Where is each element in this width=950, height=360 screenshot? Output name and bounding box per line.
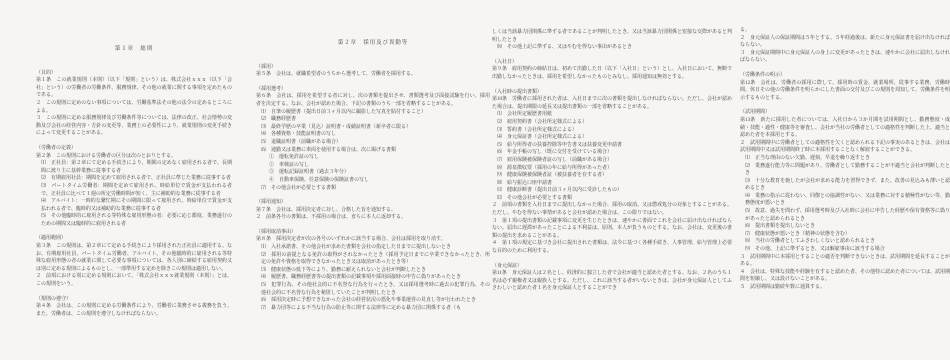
chapter-title: 第１章 総則 bbox=[36, 46, 232, 54]
doc-line: 第12条 会社は、労働者の採用に際して、採用時の賃金、就業場所、従事する業務、労… bbox=[740, 80, 950, 103]
doc-line: ① 運転免許証の写し bbox=[256, 154, 490, 162]
doc-line: 第10条 労働者に採用された者は、入社日までに次の書類を提出しなければならない。… bbox=[492, 96, 732, 111]
doc-line: ３ 試用期間中に本採用とすることの適否を判断できないときは、試用期間を延長するこ… bbox=[740, 254, 950, 269]
doc-line: ⑵ 採用の前提となる免許の取得がされなかったとき（採用予定日までに卒業できなかっ… bbox=[256, 252, 490, 267]
doc-line: 第９条 雇用契約の締結日は、初めて出勤した日（以下「入社日」という）とし、入社日… bbox=[492, 66, 732, 81]
chapter-title: 第２章 採用及び異動等 bbox=[256, 40, 490, 48]
doc-line: ⑵ 雇用契約書（会社所定様式による） bbox=[492, 119, 732, 127]
doc-line: ⑿ その他会社が必要とする書類 bbox=[492, 195, 732, 203]
doc-line: ２ 前項の書類を入社日までに提出しなかった場合、採用の取消、又は懲戒処分の対象と… bbox=[492, 202, 732, 217]
doc-line: ４ 会社は、特殊な技能や経験を有すると認めた者、その他特に認めた者については、試… bbox=[740, 269, 950, 284]
doc-line: ⑽ 給与振込口座申請書 bbox=[492, 180, 732, 188]
doc-line: ⑷ 身元保証書（会社所定様式による） bbox=[492, 134, 732, 142]
doc-line: ⑶ パートタイム労働者：期間を定めて雇用され、時給単位で賃金が支払われる者で、正… bbox=[36, 183, 232, 198]
doc-line: ⑷ 履歴書、職務経歴書等の提出書類の記載事項や採用面接時の申告に偽りがあったとき bbox=[256, 274, 490, 282]
doc-line: しくは当該暴力団関係に準ずる者であることが判明したとき、又は当該暴力団関係と密接… bbox=[492, 29, 732, 44]
document-page-3: しくは当該暴力団関係に準ずる者であることが判明したとき、又は当該暴力団関係と密接… bbox=[492, 29, 732, 293]
doc-line: ⑸ 犯罪行為、その他社会的に不名誉な行為を行ったとき、又は採用選考時に過去の犯罪… bbox=[256, 282, 490, 297]
doc-line: 第１条 この就業規則（本則）（以下「規則」という）は、株式会社ｘｘｘ（以下「会社… bbox=[36, 77, 232, 100]
doc-line: ⑸ 給与所得者の扶養控除等申告書又は扶養変更申請書 bbox=[492, 142, 732, 150]
doc-line: （適用範囲） bbox=[36, 235, 232, 243]
doc-line: ⑼ その他、上記に準ずるとき、又は解雇事由に該当する場合 bbox=[740, 246, 950, 254]
page-body: （目的）第１条 この就業規則（本則）（以下「規則」という）は、株式会社ｘｘｘ（以… bbox=[36, 70, 232, 319]
doc-line: （入社時の提出書類） bbox=[492, 89, 732, 97]
doc-line: ⑻ その他上記に準ずる、又はやむを得ない事由があるとき bbox=[492, 44, 732, 52]
doc-line: ⑸ 退職証明書（前職がある場合） bbox=[256, 139, 490, 147]
doc-line: ３ 第１項の提出書類の記載事項に変更を生じたときは、速やかに書面でこれを会社に届… bbox=[492, 218, 732, 241]
document-page-4: る。２ 身元保証人の保証期間は５年とする。５年経過後は、新たに身元保証書を届け出… bbox=[740, 27, 950, 292]
doc-line: （採用） bbox=[256, 64, 490, 72]
doc-line: ２ この規則に定めのない事項については、労働基準法その他の法令の定めるところによ… bbox=[36, 100, 232, 115]
doc-line: （採用通知） bbox=[256, 199, 490, 207]
doc-line: ２ 身元保証人の保証期間は５年とする。５年経過後は、新たに身元保証書を届け出なけ… bbox=[740, 35, 950, 50]
doc-line: ⑵ 職務経歴書 bbox=[256, 116, 490, 124]
doc-line: ⑴ 正当な理由のない欠勤、遅刻、早退を繰り返すとき bbox=[740, 155, 950, 163]
doc-line: （採用取消事由） bbox=[256, 229, 490, 237]
doc-line: ５ 試用期間は勤続年数に通算する。 bbox=[740, 284, 950, 292]
doc-line: ⑶ 最終学歴の卒業（見込）証明書・成績証明書（新卒者に限る） bbox=[256, 124, 490, 132]
doc-line: （目的） bbox=[36, 70, 232, 78]
doc-line: （身元保証） bbox=[492, 263, 732, 271]
page-body: る。２ 身元保証人の保証期間は５年とする。５年経過後は、新たに身元保証書を届け出… bbox=[740, 27, 950, 292]
doc-line: ③ 運転記録証明書（過去３年分） bbox=[256, 169, 490, 177]
doc-line: ２ 試用期間中に労働者としての適格性を欠くと認められる下記の事実のあるときは、会… bbox=[740, 140, 950, 155]
document-page-1: 第１章 総則 （目的）第１条 この就業規則（本則）（以下「規則」という）は、株式… bbox=[36, 46, 232, 318]
doc-line: （労働条件の明示） bbox=[740, 72, 950, 80]
doc-line: ⑾ 健康診断書（提出日前３ヶ月以内に受診したもの） bbox=[492, 187, 732, 195]
doc-line: ⑴ 自筆の履歴書（提出日前３ヶ月以内に撮影した写真を貼付すること） bbox=[256, 109, 490, 117]
doc-line: 第４条 会社は、この規則に定める労働条件により、労働者に業務させる義務を負う。ま… bbox=[36, 303, 232, 318]
doc-line: （労働者の定義） bbox=[36, 145, 232, 153]
doc-line: （入社日） bbox=[492, 59, 732, 67]
doc-line: ⑴ 会社所定履歴書用紙 bbox=[492, 111, 732, 119]
doc-line: ⑺ その他会社が必要とする書類 bbox=[256, 185, 490, 193]
doc-line: ⑴ 正社員：第２章にて定める手続きにより、期間の定めなく雇用される者で、長期間に… bbox=[36, 160, 232, 175]
doc-line: ② 車検証の写し bbox=[256, 162, 490, 170]
doc-line: ⑹ 通勤又は業務に車両を使用する場合は、次に掲げる書類 bbox=[256, 147, 490, 155]
document-viewer-canvas: 第１章 総則 （目的）第１条 この就業規則（本則）（以下「規則」という）は、株式… bbox=[0, 0, 950, 360]
page-body: （採用）第５条 会社は、就職希望者のうちから選考して、労働者を採用する。（採用選… bbox=[256, 64, 490, 313]
doc-line: ⑸ その他臨時的に雇用される等特殊な雇用形態の者：必要に応じ都度、業務遂行のため… bbox=[36, 213, 232, 228]
doc-line: 第２条 この規則における労働者の区分は次のとおりとする。 bbox=[36, 153, 232, 161]
doc-line: ⑻ 当社の労働者としてふさわしくないと認められるとき bbox=[740, 238, 950, 246]
doc-line: 第13条 新たに採用した者については、入社日から３か月間を試用期間とし、勤務態度… bbox=[740, 117, 950, 140]
doc-line: 第６条 会社は、採用を希望する者に対し、次の書類を提出させ、書類選考及び面接試験… bbox=[256, 93, 490, 108]
doc-line: 第７条 会社は、採用決定者に対し、合格した旨を通知する。 bbox=[256, 207, 490, 215]
doc-line: ⑵ 有期雇用社員：期間を定めて雇用される者で、正社員に準じた業務に従事する者 bbox=[36, 175, 232, 183]
doc-line: ２ 前項における別に定める規則において、「株式会社ｘｘｘ就業規則（本則）」とは、… bbox=[36, 273, 232, 288]
doc-line: ４ 第１項の規定に基づき会社に提出された書類は、法令に基づく各種手続き、人事管理… bbox=[492, 240, 732, 255]
doc-line: ⑶ 健康状態の低下等により、勤務に耐えられないと会社が判断したとき bbox=[256, 267, 490, 275]
doc-line: ⑴ 入社承諾書、その他会社が求めた書類を会社の指定した日までに提出しないとき bbox=[256, 244, 490, 252]
doc-line: ⑷ 業務の指示に従わない、同僚との協調性がない、又は業務に対する積極性がない等、… bbox=[740, 193, 950, 208]
doc-line: （試用期間） bbox=[740, 109, 950, 117]
page-body: しくは当該暴力団関係に準ずる者であることが判明したとき、又は当該暴力団関係と密接… bbox=[492, 29, 732, 293]
doc-line: 第３条 この規則は、第２章にて定める手続きにより採用された正社員に適用する。なお… bbox=[36, 243, 232, 273]
doc-line: ⑺ 健康状態が悪いとき（精神の状態を含む） bbox=[740, 231, 950, 239]
doc-line: ２ 前条各号の書類は、不採用の場合は、直ちに本人に返却する。 bbox=[256, 214, 490, 222]
doc-line: ⑺ 雇用保険被保険者証の写し（前職がある場合） bbox=[492, 157, 732, 165]
doc-line: ⑻ 源泉徴収票（採用の年に給与所得があった者） bbox=[492, 165, 732, 173]
doc-line: ⑶ 誓約書（会社所定様式による） bbox=[492, 127, 732, 135]
doc-line: ３ 身元保証期間中に身元保証人の身上に変更があったときは、速やかに会社に届出しな… bbox=[740, 50, 950, 65]
doc-line: ⑶ 十分な教育を施したが会社が求める能力を習得できず、また、改善の見込みも薄いと… bbox=[740, 178, 950, 193]
doc-line: ⑸ 故意、過失を問わず、採用選考時及び入社時に会社に申告した経歴や保有資格等に偽… bbox=[740, 208, 950, 223]
doc-line: ⑹ 提出書類を提出しないとき bbox=[740, 223, 950, 231]
document-page-2: 第２章 採用及び異動等 （採用）第５条 会社は、就職希望者のうちから選考して、労… bbox=[256, 40, 490, 312]
doc-line: ⑷ 各種資格・技能証明書の写し bbox=[256, 131, 490, 139]
doc-line: ④ 自動車保険、任意保険の保険証書の写し bbox=[256, 177, 490, 185]
doc-line: る。 bbox=[740, 27, 950, 35]
doc-line: ⑼ 健康保険被保険者証（被扶養者を有する者） bbox=[492, 172, 732, 180]
doc-line: ⑺ 暴力団等による不当な行為の防止等に関する法律等に定める暴力団に関係する者（も bbox=[256, 305, 490, 313]
doc-line: ⑹ 年金手帳の写し（既に交付を受けている場合） bbox=[492, 149, 732, 157]
doc-line: ⑹ 採用決定時に予想できなかった会社の経営状況の悪化や事業運営の見直し等が行われ… bbox=[256, 297, 490, 305]
doc-line: 第５条 会社は、就職希望者のうちから選考して、労働者を採用する。 bbox=[256, 71, 490, 79]
doc-line: ⑷ アルバイト：一時的な繁忙期にその期間に限って雇用され、時給単位で賃金が支払わ… bbox=[36, 198, 232, 213]
doc-line: （採用選考） bbox=[256, 86, 490, 94]
doc-line: 第８条 採用決定者が次の各号のいずれかに該当する場合、会社は採用を取り消す。 bbox=[256, 236, 490, 244]
doc-line: （規則の遵守） bbox=[36, 296, 232, 304]
doc-line: 第11条 身元保証人は２名とし、経済的に独立した者で会社が適当と認めた者とする。… bbox=[492, 270, 732, 293]
doc-line: ３ この規則に定める服務規律及び労働条件等については、法律の改正、社会情勢の変動… bbox=[36, 115, 232, 138]
doc-line: ⑵ 業務遂行能力等に問題があり、労働者として勤務することが不適当と会社が判断した… bbox=[740, 163, 950, 178]
